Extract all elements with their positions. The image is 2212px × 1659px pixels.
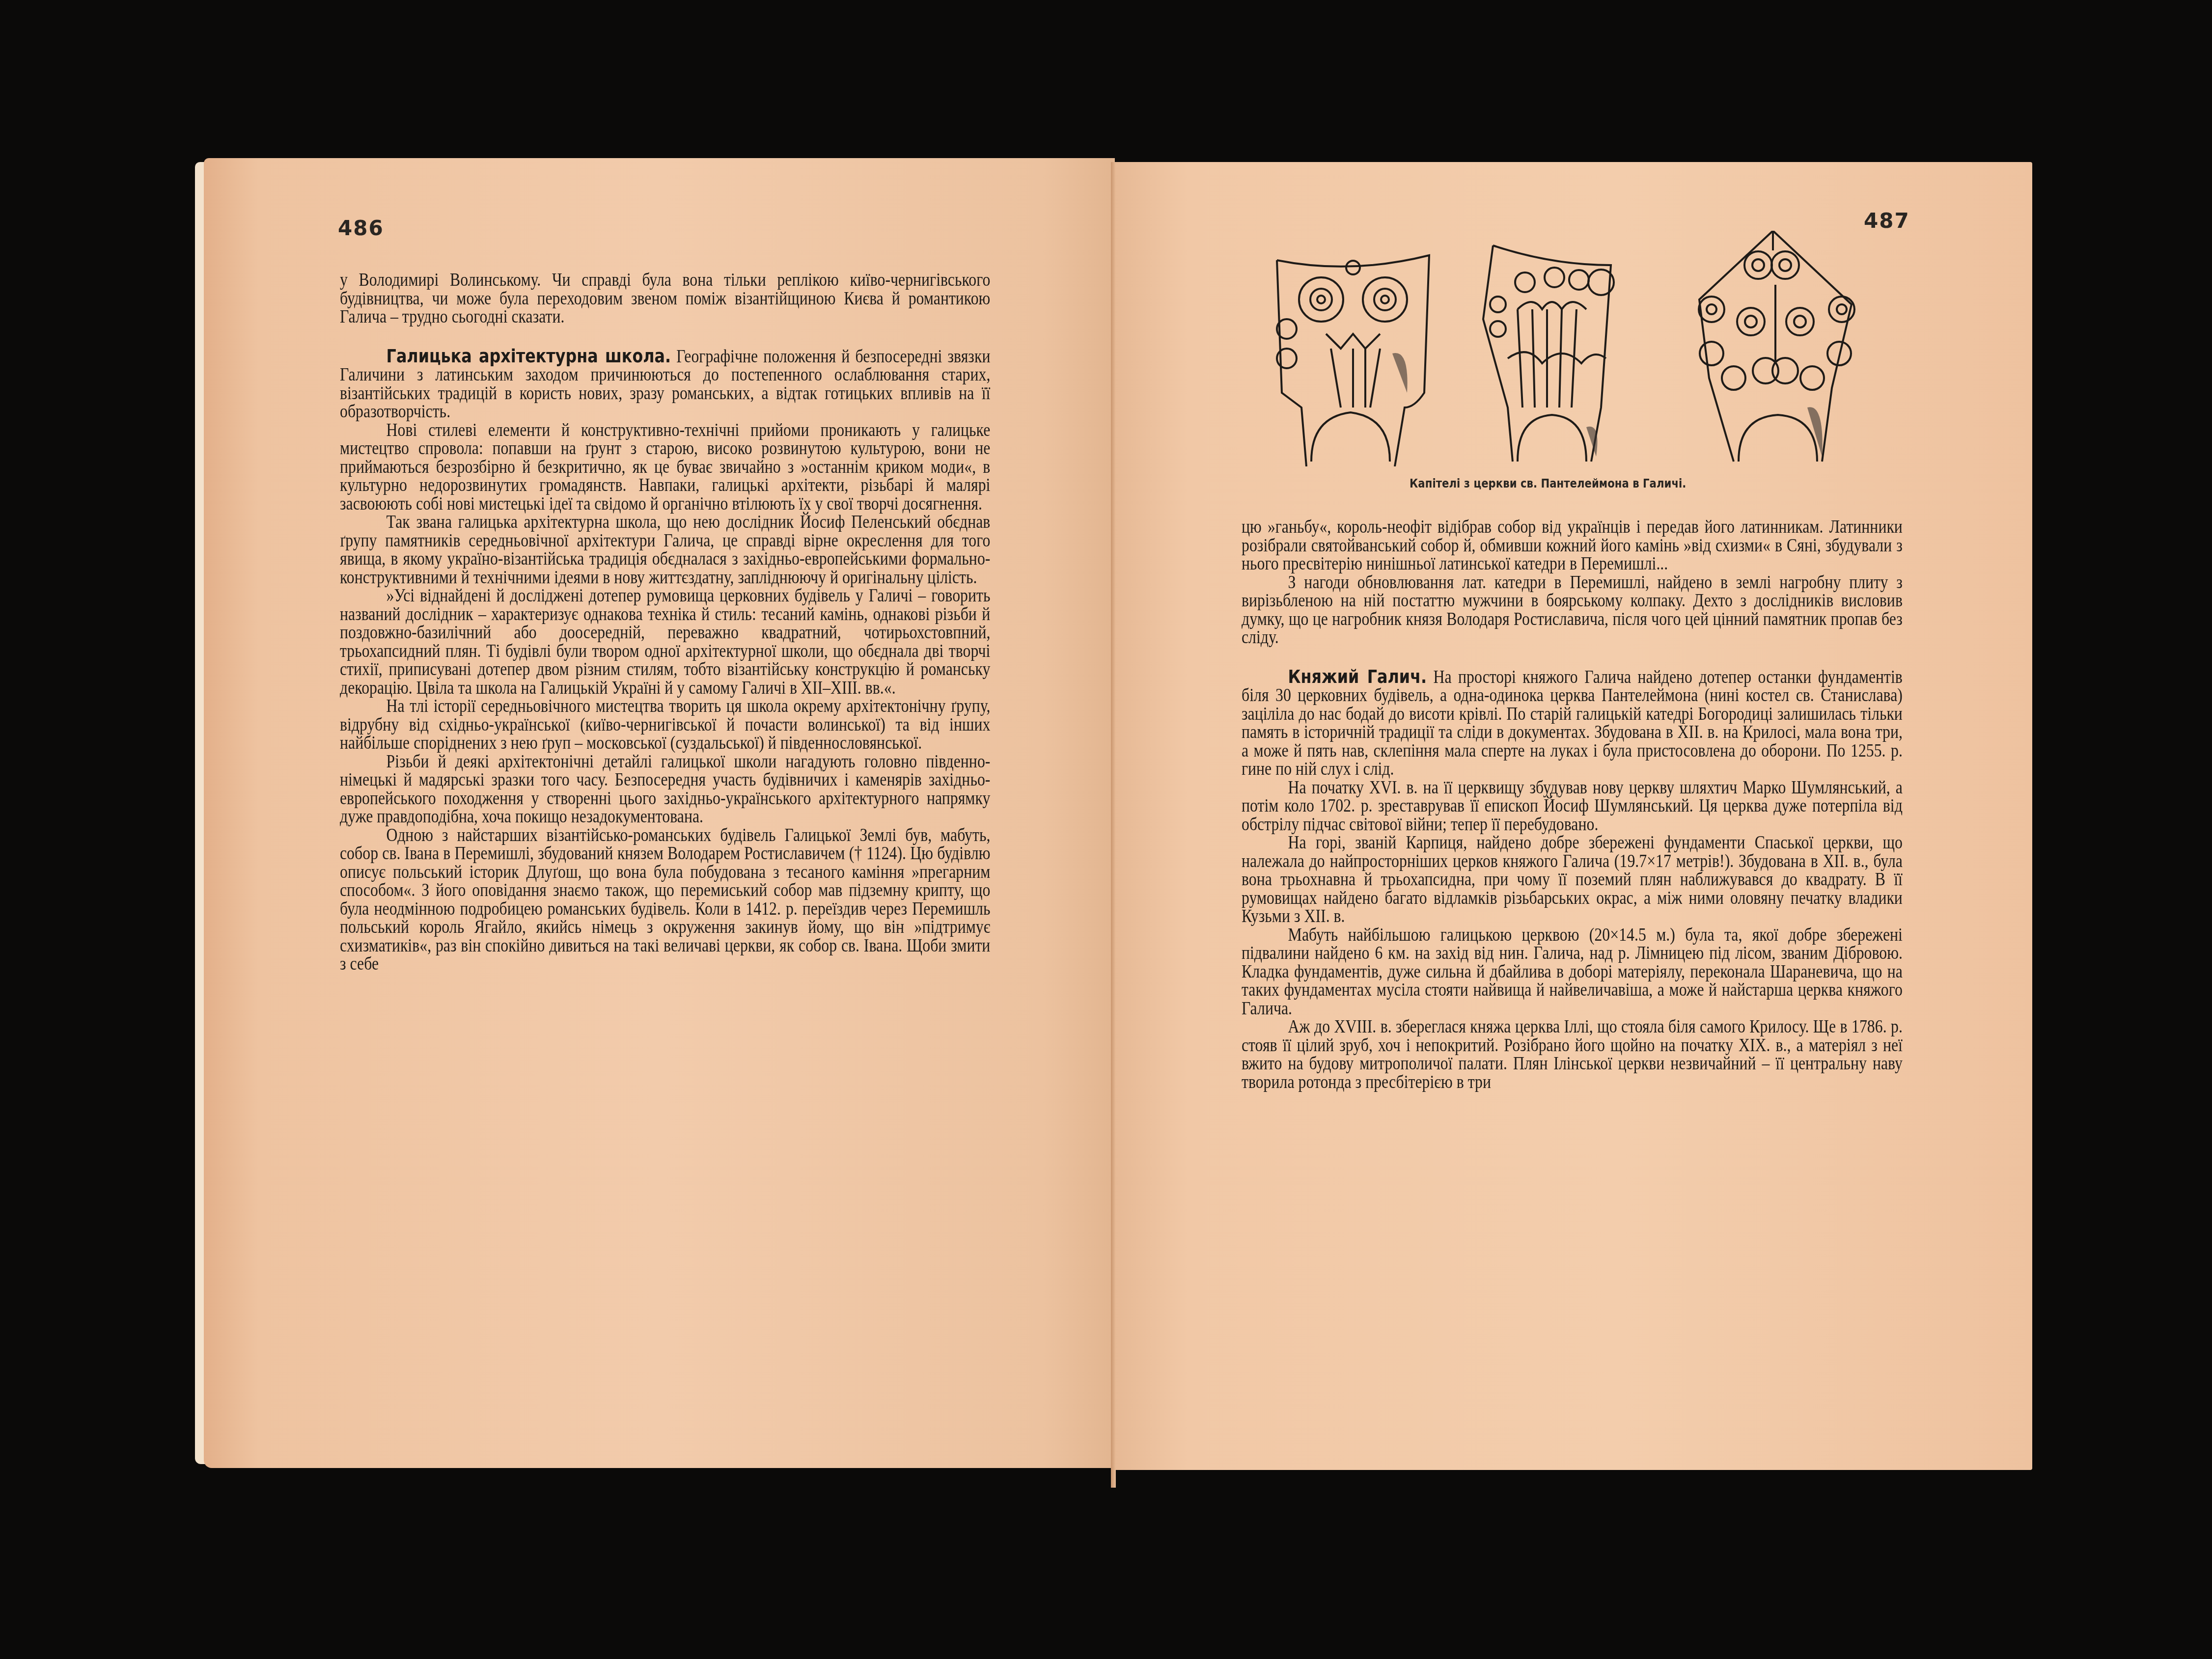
section-heading: Галицька архітектурна школа. <box>387 346 671 367</box>
left-page-body: у Володимирі Волинському. Чи справді бул… <box>340 271 990 974</box>
right-page-body: цю »ганьбу«, король-неофіт відібрав собо… <box>1242 518 1903 1091</box>
section-paragraph: Галицька архітектурна школа. Географічне… <box>340 347 990 421</box>
paragraph: На початку XVI. в. на її церквищу збудув… <box>1242 779 1903 834</box>
section-paragraph: Княжий Галич. На просторі княжого Галича… <box>1242 668 1903 779</box>
section-heading: Княжий Галич. <box>1288 666 1427 687</box>
capitals-illustration <box>1267 231 1906 466</box>
paragraph: З нагоди обновлювання лат. катедри в Пер… <box>1242 573 1903 647</box>
capital-3-drawing <box>1699 231 1854 462</box>
page-number-right: 487 <box>1864 209 1910 233</box>
paragraph: Різьби й деякі архітектонічні детайлі га… <box>340 753 990 826</box>
capital-2-drawing <box>1483 245 1614 462</box>
paragraph: На тлі історії середньовічного мистецтва… <box>340 697 990 753</box>
book-gutter <box>1111 162 1116 1488</box>
paragraph: Так звана галицька архітектурна школа, щ… <box>340 513 990 587</box>
paragraph: цю »ганьбу«, король-неофіт відібрав собо… <box>1242 518 1903 573</box>
paragraph: Нові стилеві елементи й конструктивно-те… <box>340 421 990 514</box>
paragraph: На горі, званій Карпиця, найдено добре з… <box>1242 834 1903 926</box>
page-number-left: 486 <box>338 216 384 240</box>
figure-caption: Капітелі з церкви св. Пантелеймона в Гал… <box>1410 476 1686 490</box>
capital-1-drawing <box>1277 255 1429 466</box>
paragraph: »Усі віднайдені й досліджені дотепер рум… <box>340 587 990 697</box>
paragraph: Одною з найстарших візантійсько-романськ… <box>340 826 990 974</box>
paragraph: Мабуть найбільшою галицькою церквою (20×… <box>1242 926 1903 1018</box>
paragraph: у Володимирі Волинському. Чи справді бул… <box>340 271 990 326</box>
paragraph: Аж до XVIII. в. збереглася княжа церква … <box>1242 1018 1903 1091</box>
